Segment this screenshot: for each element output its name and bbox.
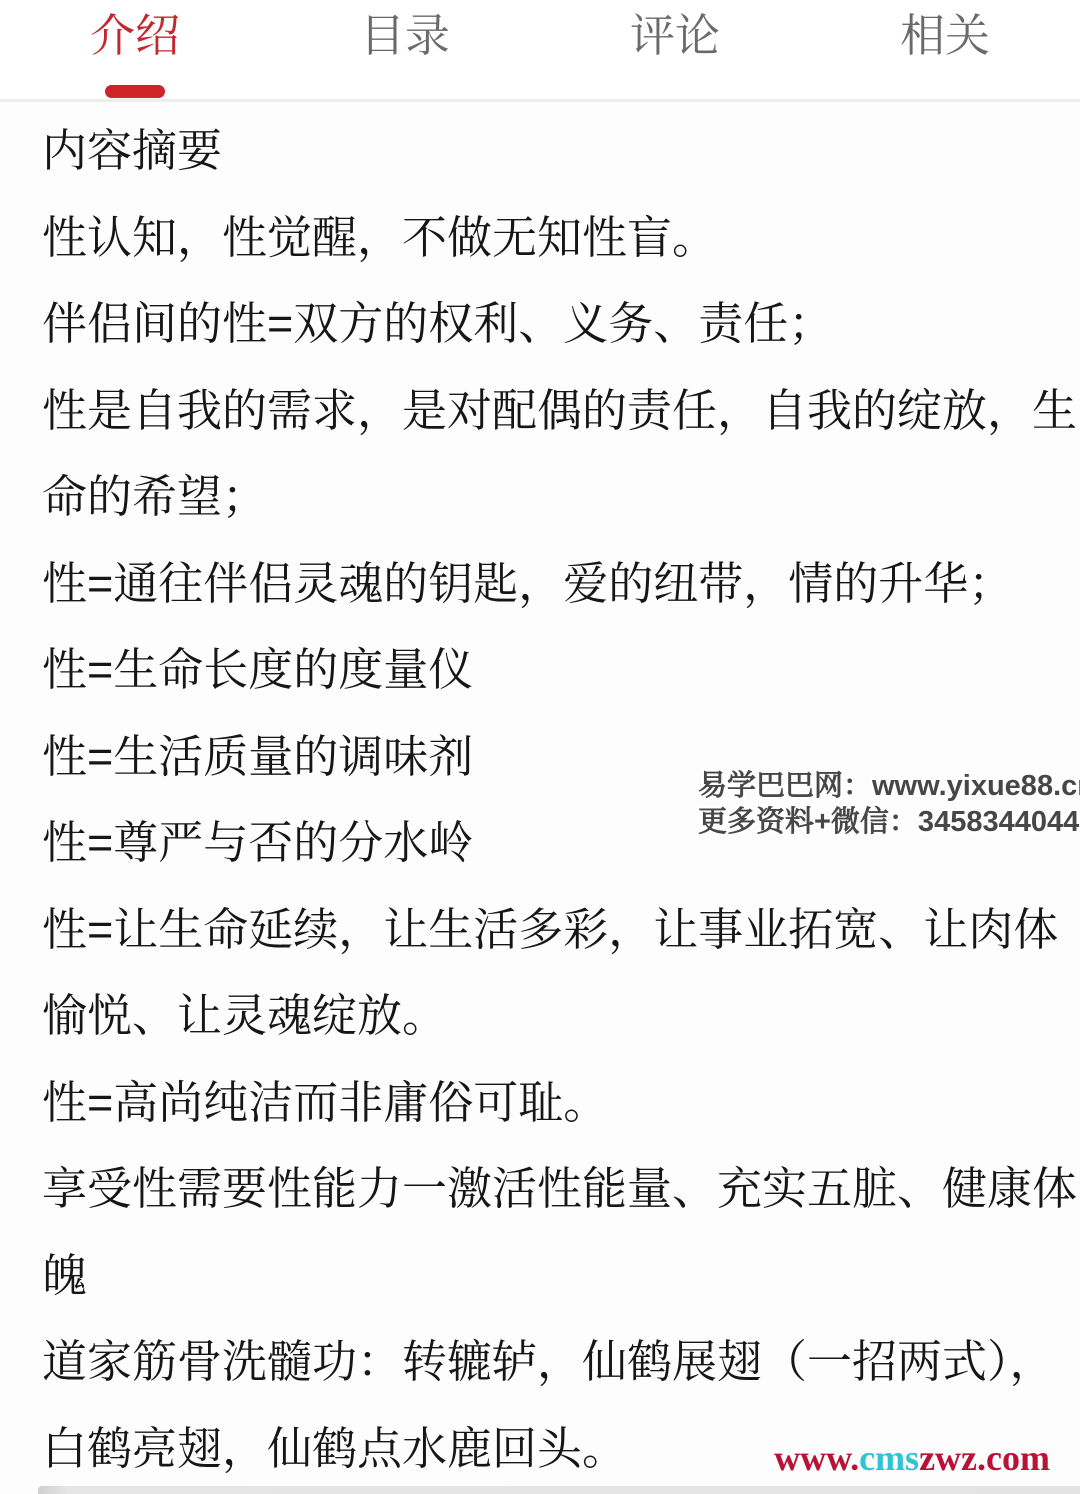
tab-comments[interactable]: 评论 bbox=[540, 0, 810, 99]
watermark-wechat-line: 更多资料+微信：3458344044 bbox=[698, 804, 1080, 840]
active-tab-indicator bbox=[105, 85, 165, 98]
tab-intro[interactable]: 介绍 bbox=[0, 0, 270, 99]
text-line: 性认知，性觉醒，不做无知性盲。 bbox=[42, 195, 1050, 282]
watermark-yixue88: 易学巴巴网：www.yixue88.cn 更多资料+微信：3458344044 bbox=[698, 768, 1080, 840]
tab-related[interactable]: 相关 bbox=[810, 0, 1080, 99]
watermark-site-line: 易学巴巴网：www.yixue88.cn bbox=[698, 768, 1080, 804]
text-line: 性=让生命延续，让生活多彩，让事业拓宽、让肉体 bbox=[42, 887, 1050, 974]
text-line: 性=通往伴侣灵魂的钥匙，爱的纽带，情的升华； bbox=[42, 541, 1050, 628]
text-line: 性是自我的需求，是对配偶的责任，自我的绽放，生 bbox=[42, 368, 1050, 455]
tab-related-label: 相关 bbox=[900, 10, 990, 61]
text-line: 性=生命长度的度量仪 bbox=[42, 627, 1050, 714]
url-part-cms: cms bbox=[859, 1438, 919, 1478]
tab-bar: 介绍 目录 评论 相关 bbox=[0, 0, 1080, 99]
tab-contents-label: 目录 bbox=[360, 10, 450, 61]
text-line: 愉悦、让灵魂绽放。 bbox=[42, 973, 1050, 1060]
tab-contents[interactable]: 目录 bbox=[270, 0, 540, 99]
bottom-edge-bar bbox=[38, 1486, 1080, 1494]
text-line: 魄 bbox=[42, 1233, 1050, 1320]
watermark-cmszwz: www.cmszwz.com bbox=[774, 1440, 1050, 1476]
text-line: 享受性需要性能力一激活性能量、充实五脏、健康体 bbox=[42, 1146, 1050, 1233]
text-line: 命的希望； bbox=[42, 454, 1050, 541]
url-part-zwz: zwz.com bbox=[919, 1438, 1050, 1478]
text-line: 道家筋骨洗髓功：转辘轳，仙鹤展翅（一招两式）， bbox=[42, 1319, 1050, 1406]
tab-intro-label: 介绍 bbox=[90, 10, 180, 61]
url-part-www: www. bbox=[774, 1438, 859, 1478]
text-line: 性=高尚纯洁而非庸俗可耻。 bbox=[42, 1060, 1050, 1147]
tab-bar-divider bbox=[0, 99, 1080, 102]
book-detail-page: 介绍 目录 评论 相关 内容摘要 性认知，性觉醒，不做无知性盲。 伴侣间的性=双… bbox=[0, 0, 1080, 1494]
summary-heading: 内容摘要 bbox=[42, 108, 1050, 195]
tab-comments-label: 评论 bbox=[630, 10, 720, 61]
text-line: 伴侣间的性=双方的权利、义务、责任； bbox=[42, 281, 1050, 368]
